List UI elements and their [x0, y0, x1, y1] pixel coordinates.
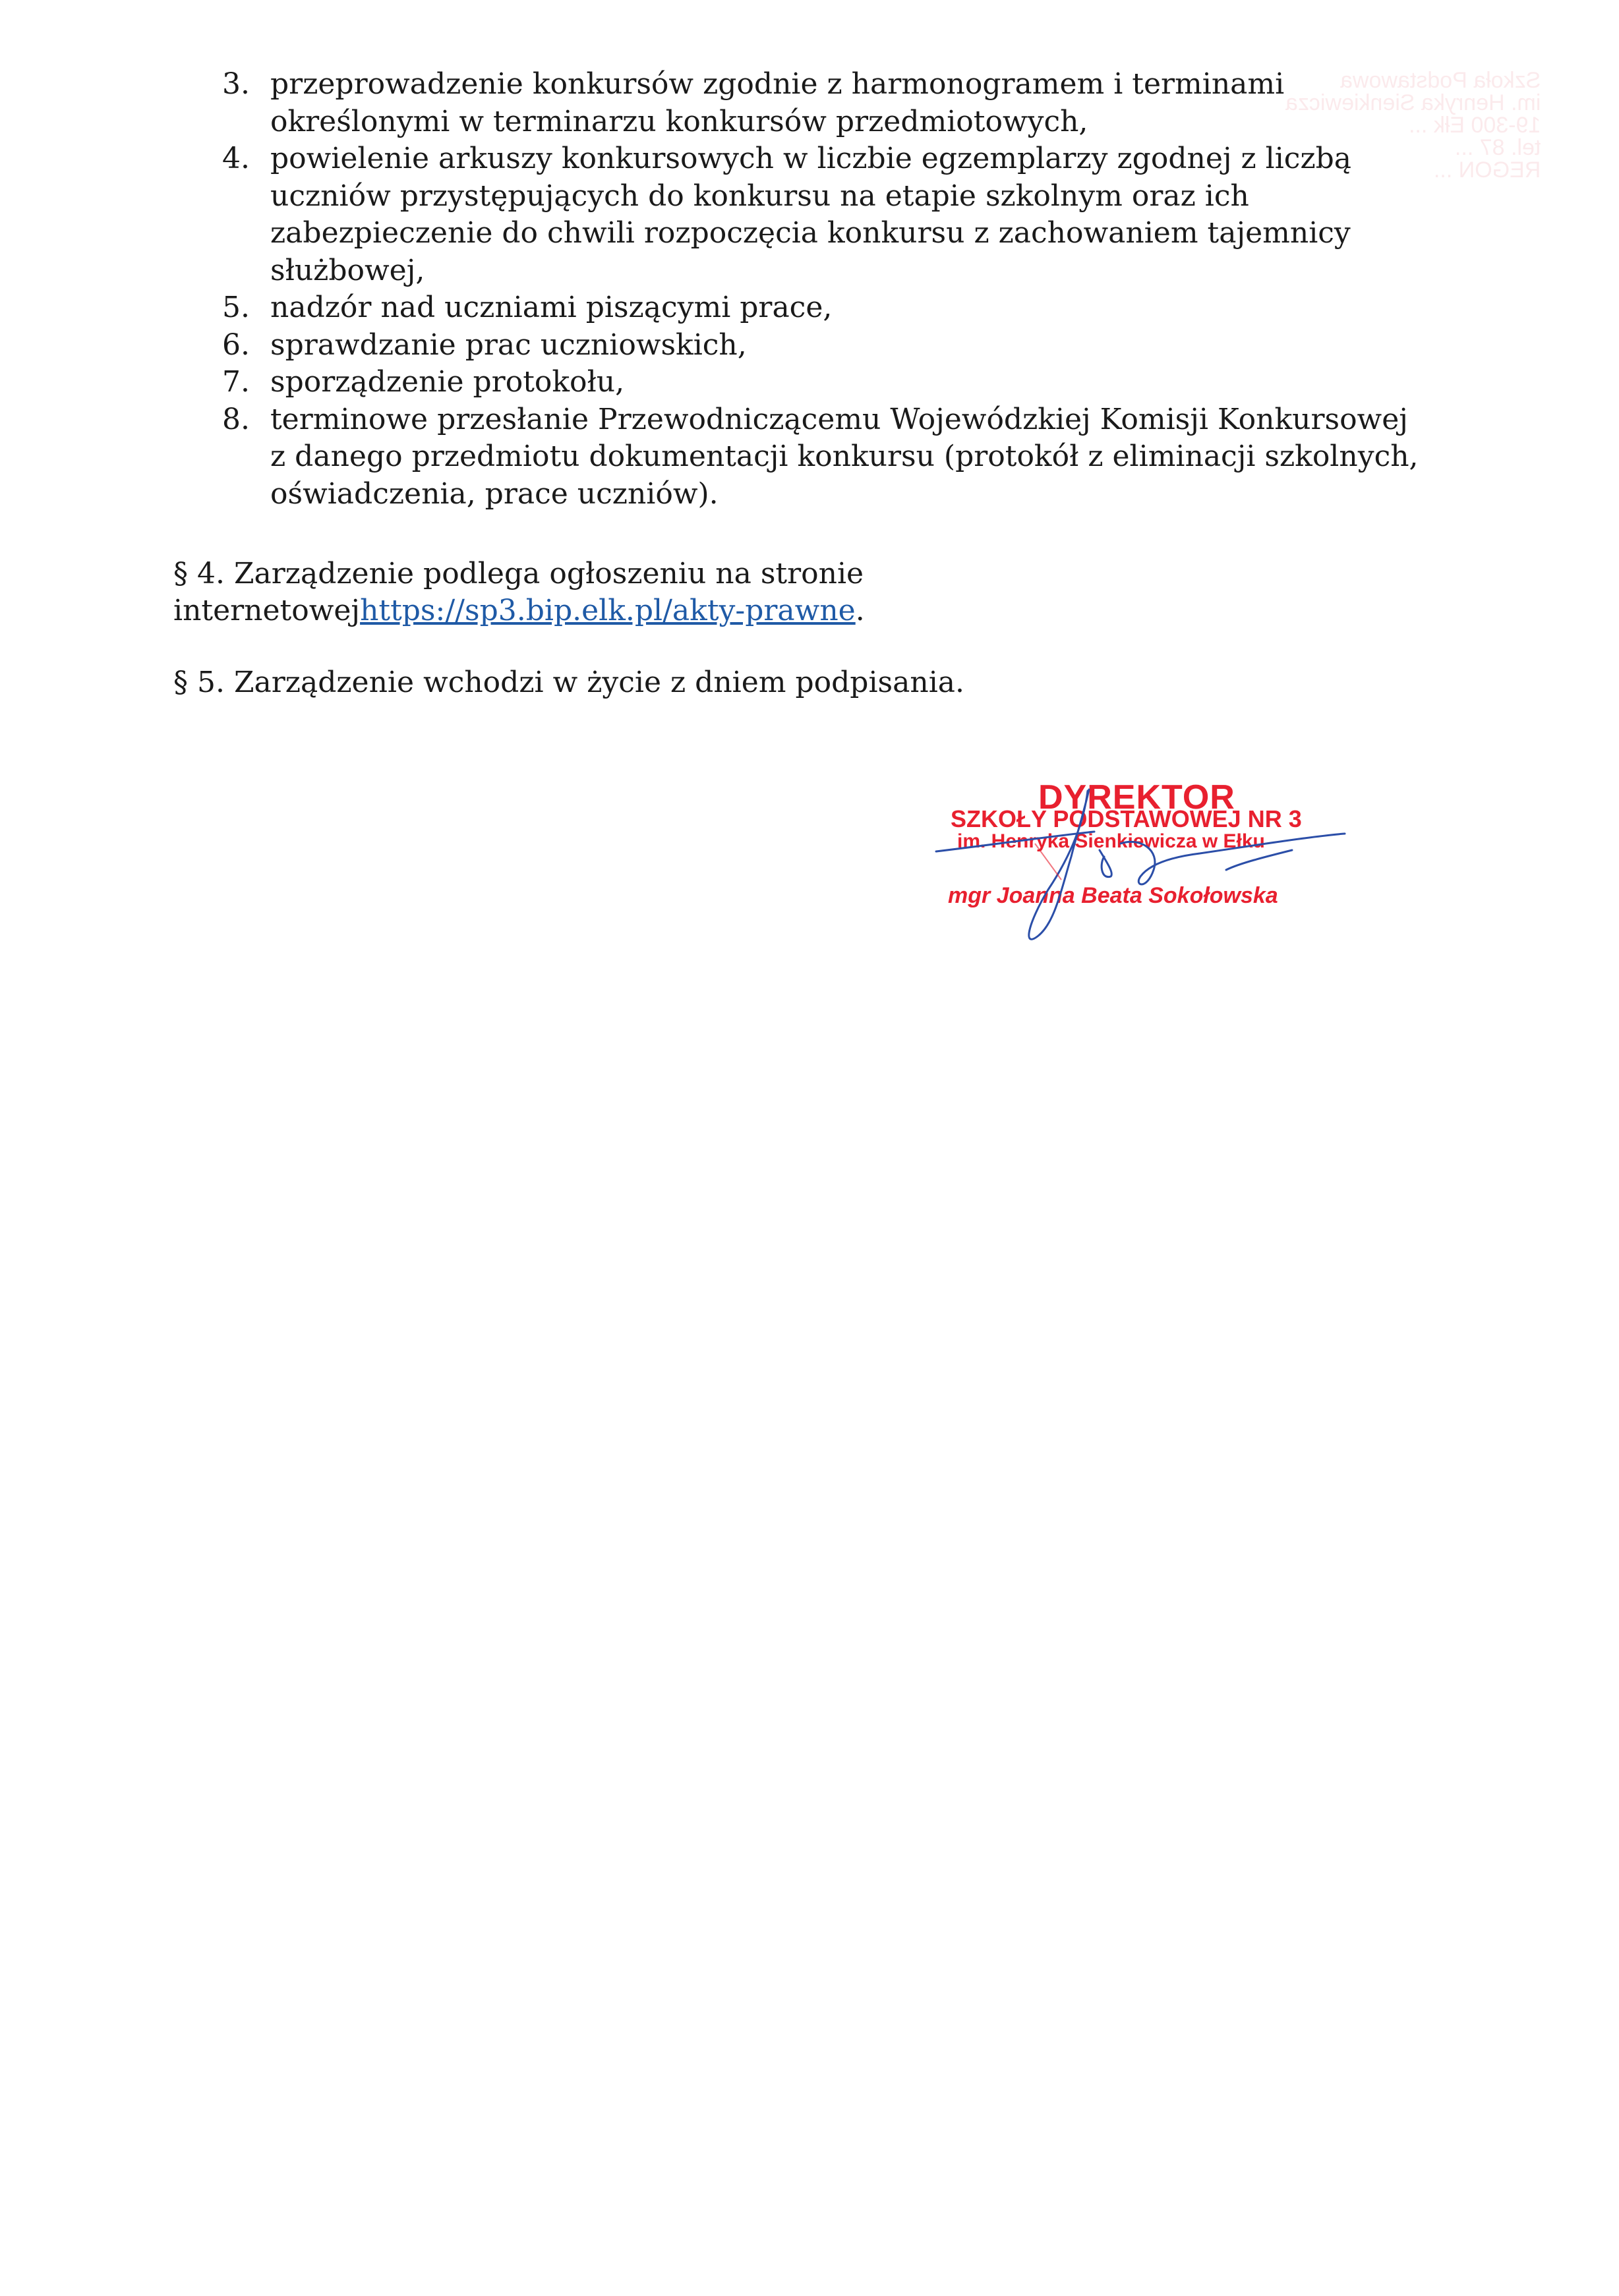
list-text: sprawdzanie prac uczniowskich, — [270, 327, 747, 364]
list-text: nadzór nad uczniami piszącymi prace, — [270, 289, 832, 327]
duties-list: 3. przeprowadzenie konkursów zgodnie z h… — [222, 66, 1475, 513]
list-item: 7. sporządzenie protokołu, — [222, 364, 1475, 401]
list-number: 3. — [222, 66, 270, 140]
list-item: 4. powielenie arkuszy konkursowych w lic… — [222, 140, 1475, 289]
handwritten-signature-icon — [923, 758, 1384, 969]
list-text: terminowe przesłanie Przewodniczącemu Wo… — [270, 401, 1419, 513]
list-text: powielenie arkuszy konkursowych w liczbi… — [270, 140, 1351, 289]
list-number: 8. — [222, 401, 270, 513]
section-5-paragraph: § 5. Zarządzenie wchodzi w życie z dniem… — [173, 664, 964, 701]
list-number: 6. — [222, 327, 270, 364]
list-item: 8. terminowe przesłanie Przewodniczącemu… — [222, 401, 1475, 513]
list-item: 6. sprawdzanie prac uczniowskich, — [222, 327, 1475, 364]
director-stamp: DYREKTOR SZKOŁY PODSTAWOWEJ NR 3 im. Hen… — [923, 758, 1384, 969]
list-number: 4. — [222, 140, 270, 289]
list-number: 5. — [222, 289, 270, 327]
legal-acts-link[interactable]: https://sp3.bip.elk.pl/akty-prawne — [360, 594, 856, 627]
section-4-paragraph: § 4. Zarządzenie podlega ogłoszeniu na s… — [173, 556, 865, 629]
section-4-line1: § 4. Zarządzenie podlega ogłoszeniu na s… — [173, 556, 865, 592]
section-4-line2: internetowejhttps://sp3.bip.elk.pl/akty-… — [173, 592, 865, 629]
section-4-suffix: . — [856, 594, 865, 627]
document-page: Szkoła Podstawowa im. Henryka Sienkiewic… — [0, 0, 1619, 2296]
list-item: 5. nadzór nad uczniami piszącymi prace, — [222, 289, 1475, 327]
list-number: 7. — [222, 364, 270, 401]
list-text: sporządzenie protokołu, — [270, 364, 624, 401]
section-4-prefix: internetowej — [173, 594, 360, 627]
list-item: 3. przeprowadzenie konkursów zgodnie z h… — [222, 66, 1475, 140]
list-text: przeprowadzenie konkursów zgodnie z harm… — [270, 66, 1284, 140]
